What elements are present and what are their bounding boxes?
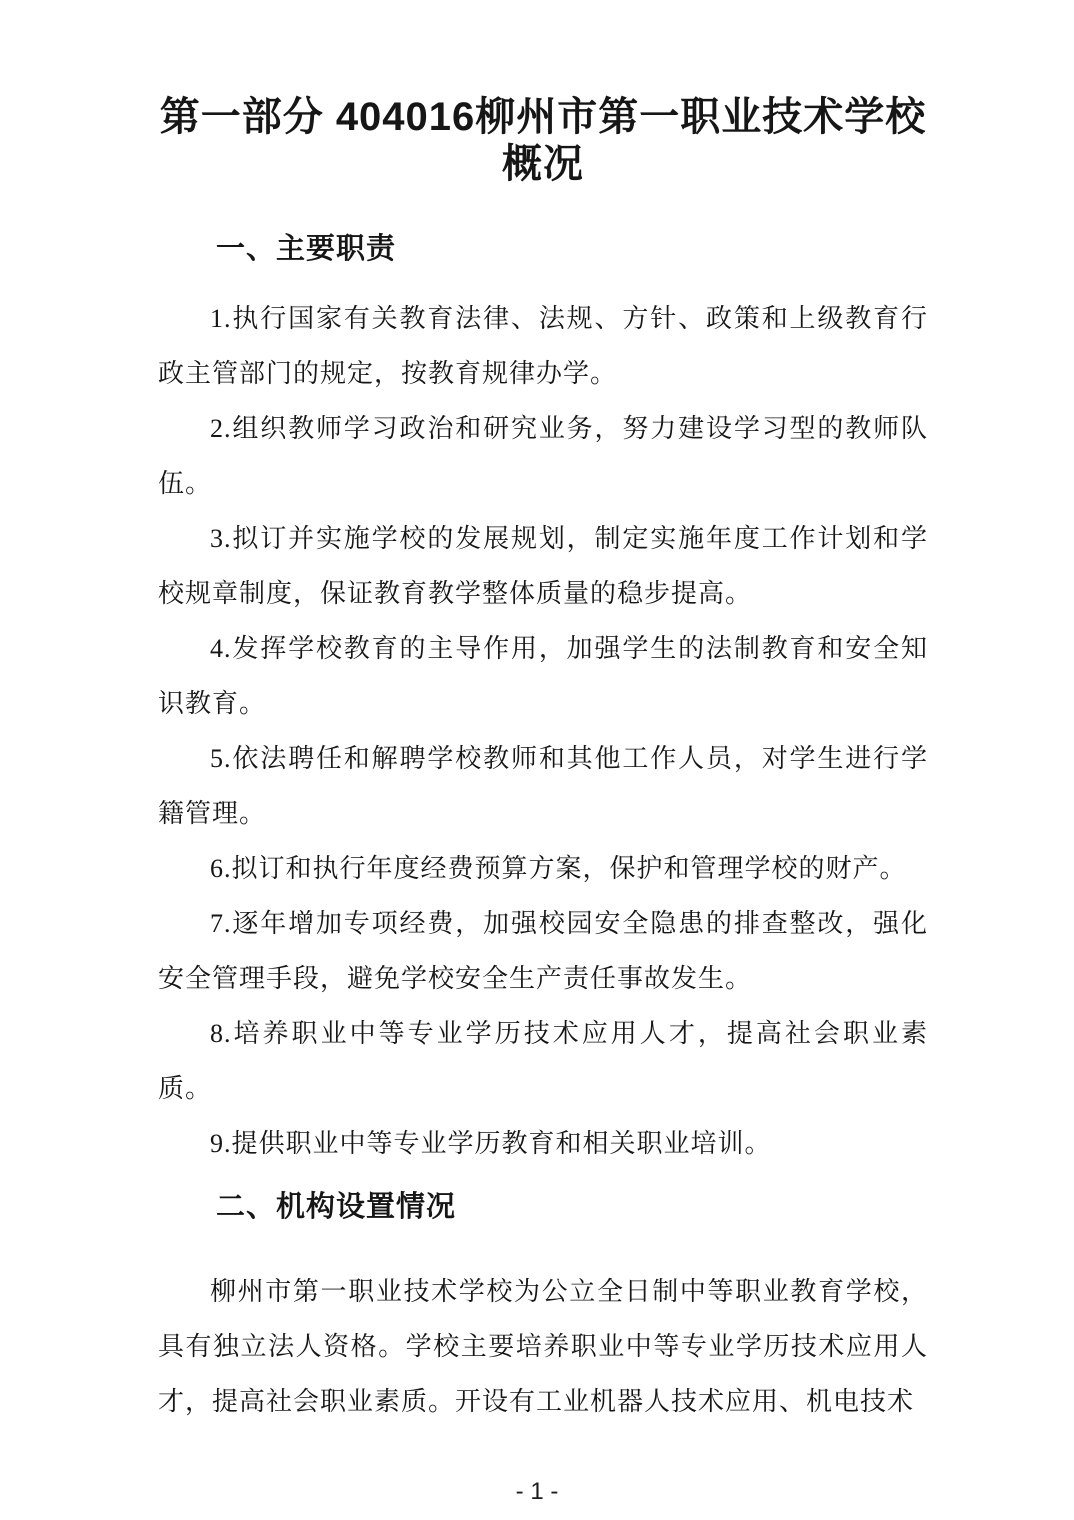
duty-paragraph-4: 4.发挥学校教育的主导作用，加强学生的法制教育和安全知识教育。 [158, 621, 928, 731]
document-page: 第一部分 404016柳州市第一职业技术学校 概况 一、主要职责 1.执行国家有… [0, 0, 1074, 1520]
document-content: 第一部分 404016柳州市第一职业技术学校 概况 一、主要职责 1.执行国家有… [158, 94, 928, 1429]
section-body-organization: 柳州市第一职业技术学校为公立全日制中等职业教育学校，具有独立法人资格。学校主要培… [158, 1264, 928, 1429]
section-heading-organization: 二、机构设置情况 [158, 1190, 928, 1224]
duty-paragraph-1: 1.执行国家有关教育法律、法规、方针、政策和上级教育行政主管部门的规定，按教育规… [158, 291, 928, 401]
duty-paragraph-9: 9.提供职业中等专业学历教育和相关职业培训。 [158, 1116, 928, 1171]
document-title-line-2: 概况 [158, 141, 928, 188]
document-title: 第一部分 404016柳州市第一职业技术学校 概况 [158, 94, 928, 188]
document-title-line-1: 第一部分 404016柳州市第一职业技术学校 [158, 94, 928, 141]
duty-paragraph-3: 3.拟订并实施学校的发展规划，制定实施年度工作计划和学校规章制度，保证教育教学整… [158, 511, 928, 621]
duty-paragraph-7: 7.逐年增加专项经费，加强校园安全隐患的排查整改，强化安全管理手段，避免学校安全… [158, 896, 928, 1006]
duty-paragraph-2: 2.组织教师学习政治和研究业务，努力建设学习型的教师队伍。 [158, 401, 928, 511]
duty-paragraph-8: 8.培养职业中等专业学历技术应用人才，提高社会职业素质。 [158, 1006, 928, 1116]
page-number: - 1 - [0, 1478, 1074, 1506]
section-body-main-duties: 1.执行国家有关教育法律、法规、方针、政策和上级教育行政主管部门的规定，按教育规… [158, 291, 928, 1171]
organization-paragraph-1: 柳州市第一职业技术学校为公立全日制中等职业教育学校，具有独立法人资格。学校主要培… [158, 1264, 928, 1429]
section-heading-main-duties: 一、主要职责 [158, 232, 928, 266]
duty-paragraph-6: 6.拟订和执行年度经费预算方案，保护和管理学校的财产。 [158, 841, 928, 896]
duty-paragraph-5: 5.依法聘任和解聘学校教师和其他工作人员，对学生进行学籍管理。 [158, 731, 928, 841]
